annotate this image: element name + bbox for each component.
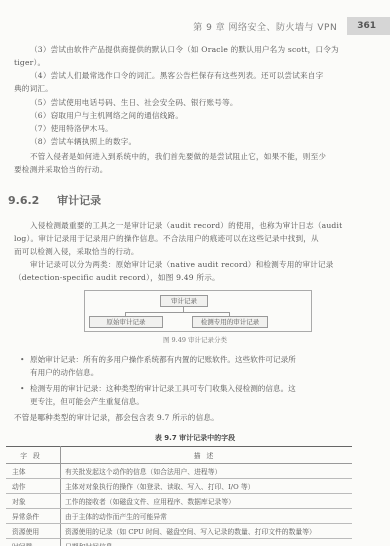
chapter-title: 第 9 章 网络安全、防火墙与 VPN [193, 20, 337, 33]
list-item-5: （5）尝试使用电话号码、生日、社会安全码、银行账号等。 [14, 96, 376, 109]
cell-field: 对象 [6, 494, 61, 509]
list-item-3: （3）尝试由软件产品提供商提供的默认口令（如 Oracle 的默认用户名为 sc… [14, 43, 376, 56]
cell-field: 异常条件 [6, 509, 61, 524]
cell-description: 资源使用的记录（如 CPU 时间、磁盘空间、写入记录的数量、打印文件的数量等） [61, 524, 353, 539]
summary-paragraph: 不管入侵者是如何进入到系统中的，我们首先要做的是尝试阻止它，如果不能，则至少 [14, 150, 376, 163]
bullet-item-native: 原始审计记录：所有的多用户操作系统都有内置的记账软件。这些软件可记录所 有用户的… [20, 353, 376, 380]
cell-field: 主体 [6, 464, 61, 479]
cell-description: 有关批发起这个动作的信息（如合法用户、进程等） [61, 464, 353, 479]
list-item-6: （6）窃取用户与主机网络之间的通信线路。 [14, 109, 376, 122]
diagram-node-detection: 检测专用的审计记录 [192, 316, 268, 328]
section-number: 9.6.2 [8, 194, 39, 207]
table-row: 对象 工作的接收者（如磁盘文件、应用程序、数据库记录等） [6, 494, 352, 509]
book-page: 第 9 章 网络安全、防火墙与 VPN 361 （3）尝试由软件产品提供商提供的… [0, 0, 390, 546]
cell-description: 主体对对象执行的操作（如登录、读取、写入、打印、I/O 等） [61, 479, 353, 494]
list-item-4-cont: 典的词汇。 [14, 82, 376, 95]
diagram-node-root: 审计记录 [160, 295, 208, 307]
body-paragraph-1: 入侵检测最重要的工具之一是审计记录（audit record）的使用，也称为审计… [14, 219, 376, 232]
column-header-description: 描述 [61, 447, 353, 464]
cell-field: 动作 [6, 479, 61, 494]
bullet-item-detection: 检测专用的审计记录：这种类型的审计记录工具可专门收集入侵检测的信息。这 更专注，… [20, 382, 376, 409]
section-heading: 9.6.2 审计记录 [8, 192, 101, 208]
closing-paragraph: 不管是哪种类型的审计记录，都会包含表 9.7 所示的信息。 [14, 411, 376, 424]
diagram-node-native: 原始审计记录 [89, 316, 163, 328]
page-number: 361 [347, 17, 390, 35]
table-caption: 表 9.7 审计记录中的字段 [0, 433, 390, 443]
list-item-7: （7）使用特洛伊木马。 [14, 122, 376, 135]
table-header-row: 字段 描述 [6, 447, 352, 464]
body-paragraph-1-cont: log）。审计记录用于记录用户的操作信息。不合法用户的痕迹可以在这些记录中找到，… [14, 232, 376, 245]
table-row: 异常条件 由于主体的动作而产生的可能异常 [6, 509, 352, 524]
audit-fields-table: 字段 描述 主体 有关批发起这个动作的信息（如合法用户、进程等） 动作 主体对对… [6, 446, 352, 546]
cell-field: 时间戳 [6, 539, 61, 546]
table-row: 时间戳 日期和时间信息 [6, 539, 352, 546]
cell-field: 资源使用 [6, 524, 61, 539]
list-item-3-cont: tiger）。 [14, 56, 376, 69]
table-row: 资源使用 资源使用的记录（如 CPU 时间、磁盘空间、写入记录的数量、打印文件的… [6, 524, 352, 539]
list-item-8: （8）尝试车辆执照上的数字。 [14, 135, 376, 148]
page-header: 第 9 章 网络安全、防火墙与 VPN 361 [193, 16, 390, 36]
table-row: 主体 有关批发起这个动作的信息（如合法用户、进程等） [6, 464, 352, 479]
connector-line [125, 312, 229, 313]
column-header-field: 字段 [6, 447, 61, 464]
figure-caption: 图 9.49 审计记录分类 [0, 335, 390, 344]
summary-paragraph-cont: 要检测并采取恰当的行动。 [14, 163, 376, 176]
audit-record-diagram: 审计记录 原始审计记录 检测专用的审计记录 [84, 290, 312, 332]
section-title: 审计记录 [57, 194, 101, 207]
table-row: 动作 主体对对象执行的操作（如登录、读取、写入、打印、I/O 等） [6, 479, 352, 494]
cell-description: 工作的接收者（如磁盘文件、应用程序、数据库记录等） [61, 494, 353, 509]
list-item-4: （4）尝试人们最常选作口令的词汇。黑客公告栏保存有这些列表。还可以尝试来自字 [14, 69, 376, 82]
body-paragraph-1-cont2: 而可以检测入侵，采取恰当的行动。 [14, 245, 376, 258]
body-paragraph-2: 审计记录可以分为两类：原始审计记录（native audit record）和检… [14, 258, 376, 271]
cell-description: 由于主体的动作而产生的可能异常 [61, 509, 353, 524]
cell-description: 日期和时间信息 [61, 539, 353, 546]
body-paragraph-2-cont: （detection-specific audit record），如图 9.4… [14, 271, 376, 284]
